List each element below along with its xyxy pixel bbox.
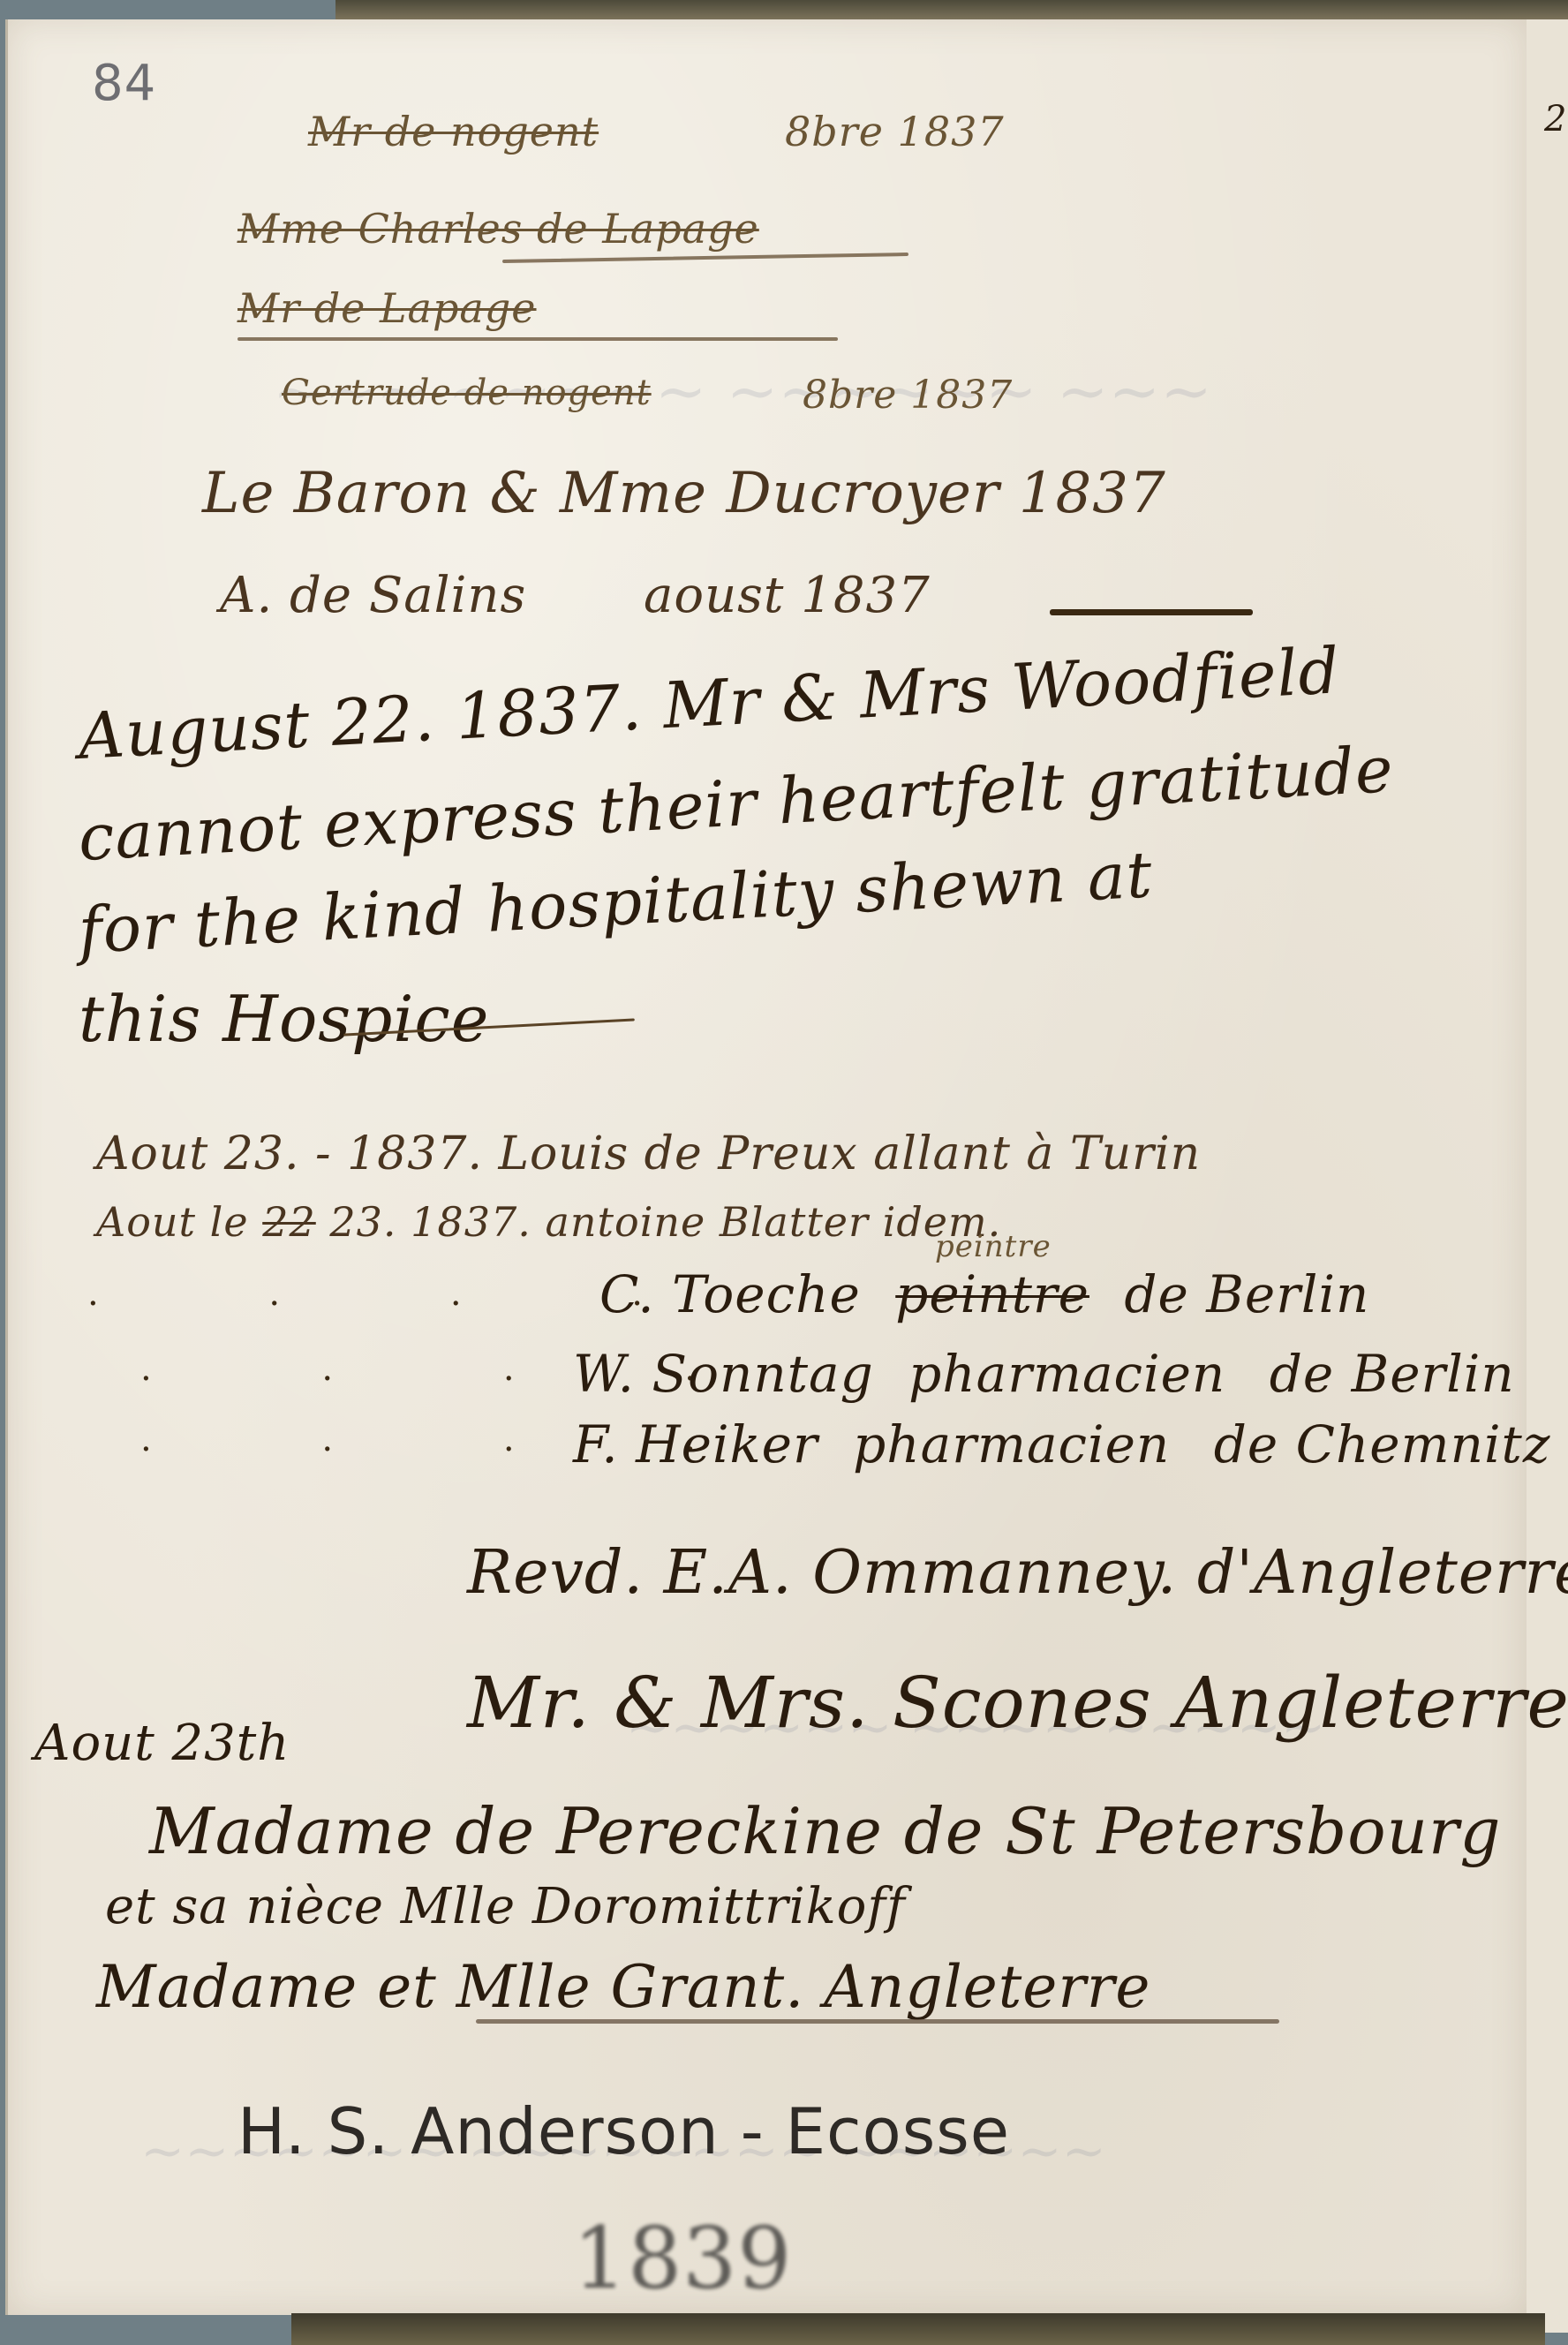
entry-scones: Mr. & Mrs. Scones Angleterre <box>467 1662 1568 1744</box>
entry-de-salins: A. de Salins <box>220 567 526 624</box>
entry-gertrude-de-nogent: Gertrude de nogent <box>282 373 652 413</box>
entry-de-lapage: Mr de Lapage <box>237 284 537 332</box>
entry-sonntag: W. Sonntag pharmacien de Berlin <box>573 1344 1515 1404</box>
entry-date: 8bre 1837 <box>803 373 1013 418</box>
entry-blatter: 23. 1837. antoine Blatter idem. <box>329 1198 1001 1246</box>
struck-word: 22 <box>262 1198 316 1246</box>
entry-pereckine-line-2: et sa nièce Mlle Doromittrikoff <box>105 1878 906 1935</box>
inserted-word: peintre <box>935 1229 1052 1264</box>
entry-charles-de-lapage: Mme Charles de Lapage <box>237 205 759 253</box>
year-smudge: 1839 <box>573 2209 792 2308</box>
visitor-name: F. Heiker <box>573 1414 818 1474</box>
strike-line <box>237 337 838 341</box>
entry-anderson: H. S. Anderson - Ecosse <box>237 2094 1010 2168</box>
entry-woodfield-line-4: this Hospice <box>79 982 489 1056</box>
strike-line <box>502 253 908 263</box>
entry-date: aoust 1837 <box>644 567 931 624</box>
visitor-place: de Berlin <box>1270 1344 1515 1404</box>
book-top-edge <box>335 0 1568 19</box>
entry-blatter-prefix: Aout le 22 23. 1837. antoine Blatter ide… <box>96 1198 1001 1246</box>
entry-date: 8bre 1837 <box>785 108 1005 155</box>
flourish-line <box>1050 609 1253 615</box>
struck-word: peintre <box>895 1264 1089 1324</box>
entry-pereckine-line-1: Madame de Pereckine de St Petersbourg <box>149 1794 1502 1868</box>
entry-de-nogent: Mr de nogent <box>308 108 599 155</box>
separator-line <box>476 2019 1279 2024</box>
visitor-name: W. Sonntag <box>573 1344 874 1404</box>
visitor-place: de Berlin <box>1124 1264 1369 1324</box>
entry-heiker: F. Heiker pharmacien de Chemnitz <box>573 1414 1550 1474</box>
visitor-name: C. Toeche <box>599 1264 861 1324</box>
margin-date: Aout 23th <box>34 1715 290 1772</box>
visitor-profession: pharmacien <box>853 1414 1170 1474</box>
entry-baron-ducroyer: Le Baron & Mme Ducroyer 1837 <box>202 461 1166 526</box>
book-bottom-edge <box>291 2313 1545 2345</box>
entry-grant: Madame et Mlle Grant. Angleterre <box>96 1953 1150 2021</box>
entry-ommanney: Revd. E.A. Ommanney. d'Angleterre <box>467 1538 1568 1608</box>
visitor-place: de Chemnitz <box>1214 1414 1551 1474</box>
facing-page-edge: 2 <box>1524 19 1568 2333</box>
page-number: 84 <box>92 55 156 112</box>
visitor-profession: pharmacien <box>908 1344 1225 1404</box>
register-page: ~~~ ~~~~~ ~~~~~~ ~~~ ~~~~~~ ~~~~ ~~~~~ ~… <box>5 19 1527 2315</box>
facing-page-fragment: 2 <box>1544 99 1566 139</box>
entry-louis-de-preux: Aout 23. - 1837. Louis de Preux allant à… <box>96 1127 1201 1180</box>
date-prefix: Aout le <box>96 1198 249 1246</box>
entry-toeche: C. Toeche peintre de Berlin <box>599 1264 1369 1324</box>
